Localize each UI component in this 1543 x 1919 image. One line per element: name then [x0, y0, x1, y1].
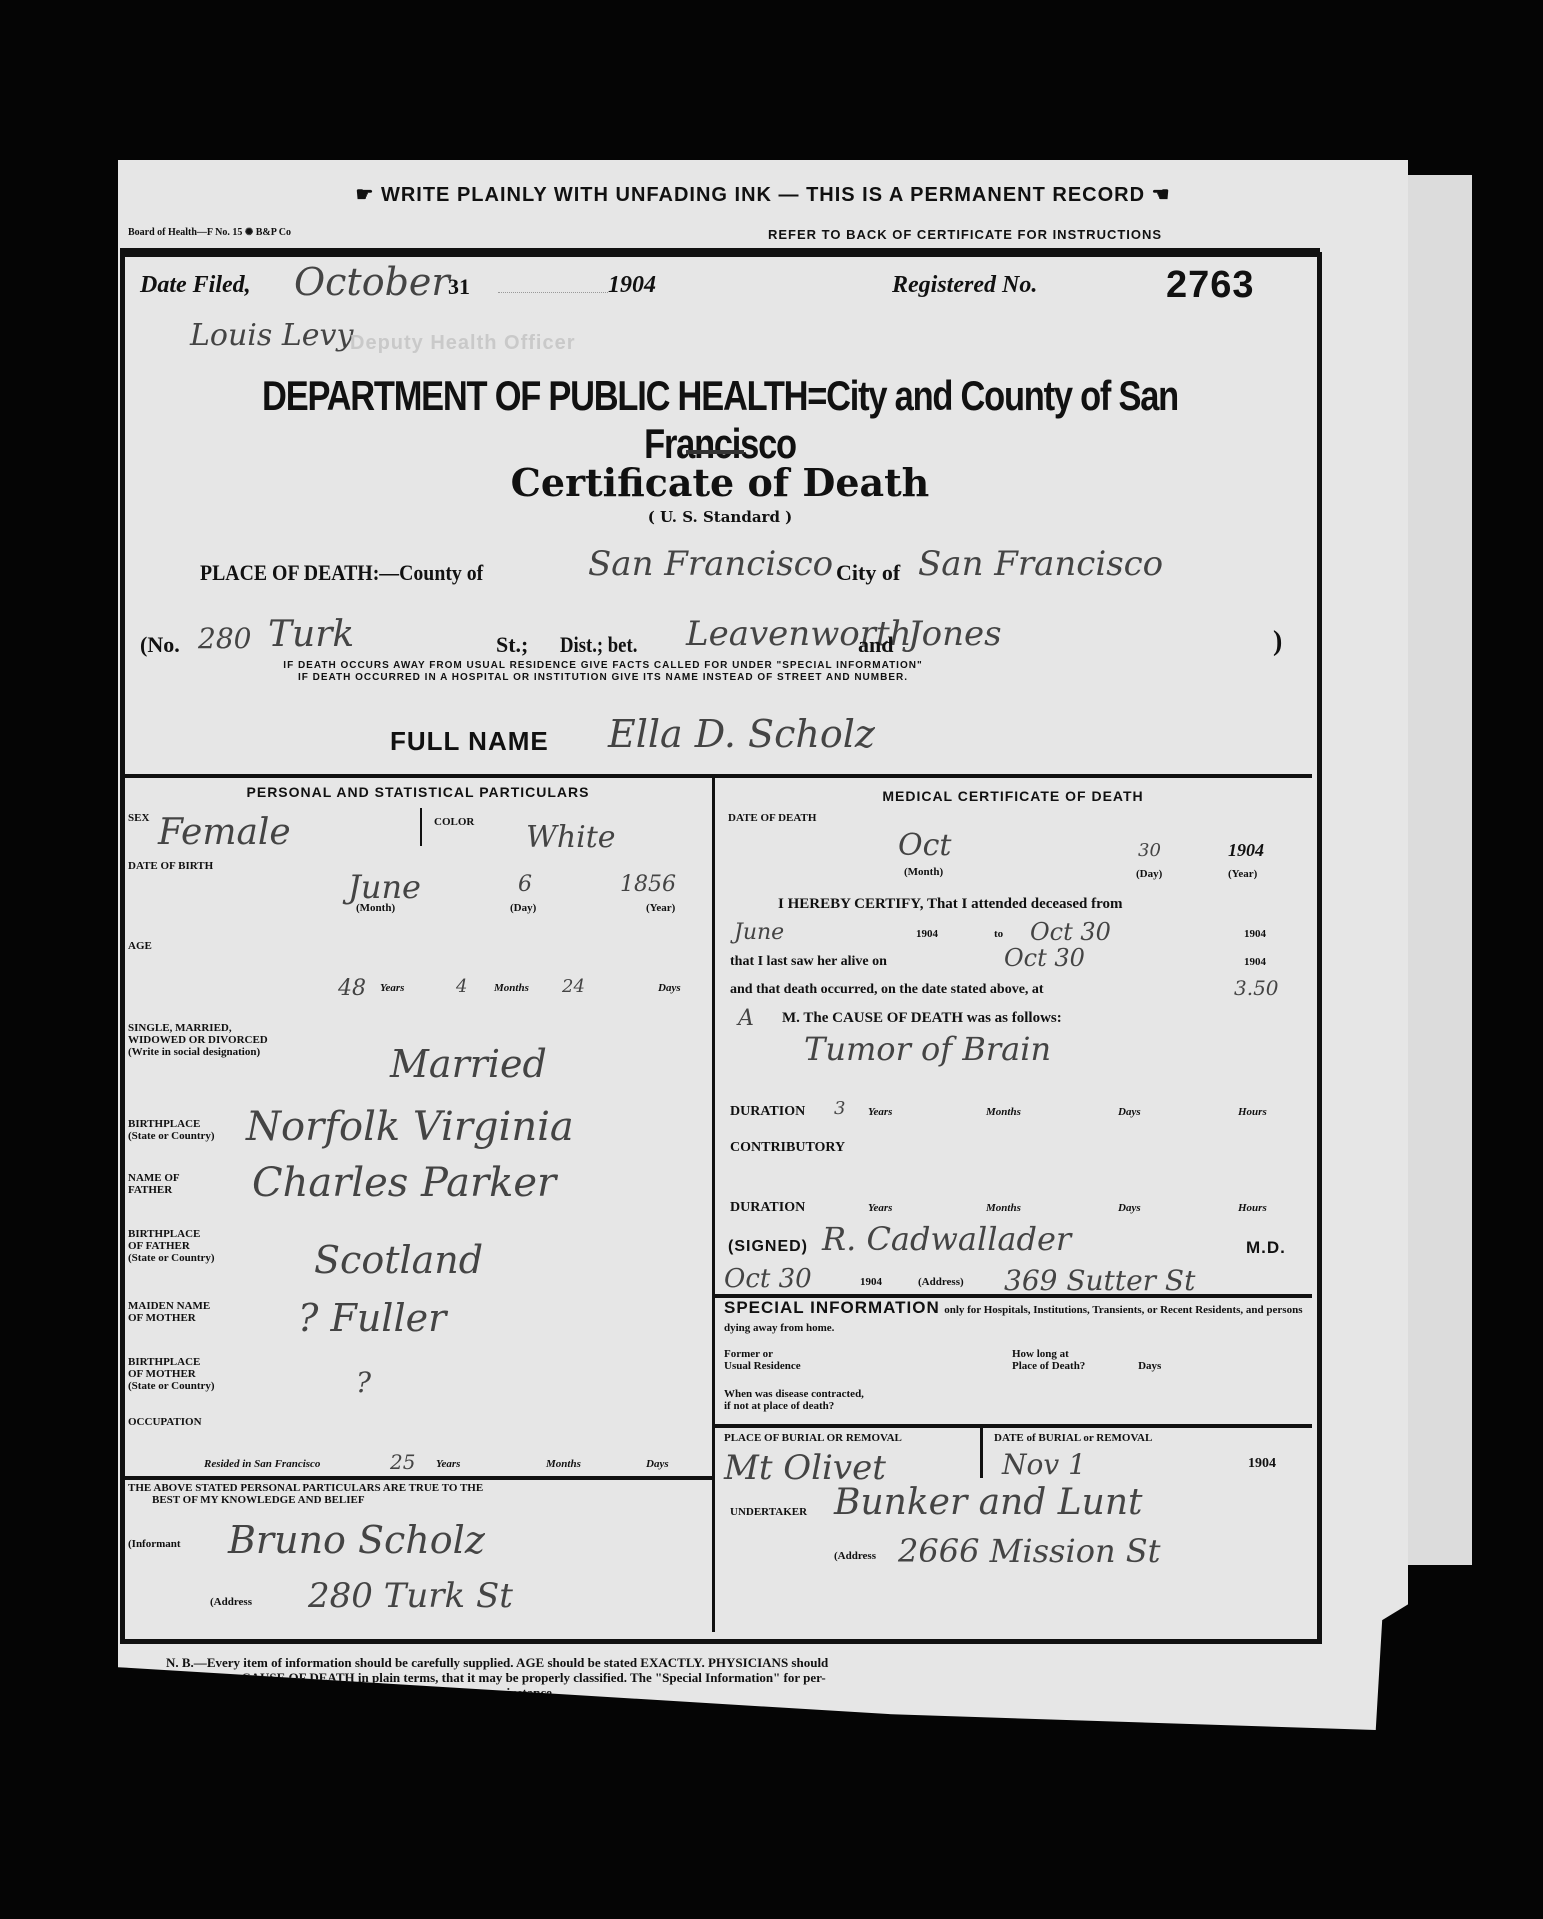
father-birthplace-label: BIRTHPLACE OF FATHER (State or Country) [128, 1228, 215, 1264]
informant-address: 280 Turk St [308, 1576, 513, 1616]
district-label: Dist.; bet. [560, 632, 637, 658]
and-label: and [858, 632, 893, 658]
duration-2-days-caption: Days [1118, 1202, 1141, 1214]
attended-from: June [734, 920, 784, 945]
attended-to: Oct 30 [1030, 918, 1111, 946]
duration-hours-caption: Hours [1238, 1106, 1267, 1118]
date-filed-day: 31 [448, 274, 470, 300]
undertaker-address-label: (Address [834, 1550, 876, 1562]
dob-label: DATE OF BIRTH [128, 860, 213, 872]
signed-year: 1904 [860, 1276, 882, 1288]
resided-years: 25 [390, 1450, 415, 1474]
sex-value: Female [158, 812, 291, 853]
physician-address-label: (Address) [918, 1276, 964, 1288]
burial-date: Nov 1 [1002, 1448, 1086, 1481]
occurred-text: and that death occurred, on the date sta… [730, 982, 1044, 998]
resided-years-caption: Years [436, 1458, 460, 1470]
date-filed-year: 1904 [608, 272, 656, 299]
physician-signature: R. Cadwallader [822, 1220, 1071, 1258]
duration-months-caption: Months [986, 1106, 1021, 1118]
months-caption: Months [494, 982, 529, 994]
signed-date: Oct 30 [724, 1264, 812, 1294]
age-label: AGE [128, 940, 152, 952]
death-certificate-page: ☛ WRITE PLAINLY WITH UNFADING INK — THIS… [118, 160, 1408, 1730]
personal-heading: PERSONAL AND STATISTICAL PARTICULARS [128, 784, 708, 800]
city-label: City of [836, 560, 900, 586]
city-value: San Francisco [918, 544, 1163, 584]
place-note-1: IF DEATH OCCURS AWAY FROM USUAL RESIDENC… [238, 660, 968, 672]
instructions-note: REFER TO BACK OF CERTIFICATE FOR INSTRUC… [768, 227, 1162, 242]
footnote: N. B.—Every item of information should b… [166, 1655, 1316, 1700]
age-months: 4 [456, 976, 467, 997]
informant-name: Bruno Scholz [228, 1518, 485, 1562]
dob-month: June [348, 868, 421, 906]
duration-days-caption: Days [1118, 1106, 1141, 1118]
street-label: St.; [496, 632, 528, 658]
md-label: M.D. [1246, 1238, 1286, 1258]
day-caption: (Day) [510, 902, 536, 914]
contributory-label: CONTRIBUTORY [730, 1140, 845, 1156]
duration-2-months-caption: Months [986, 1202, 1021, 1214]
mother-name-value: ? Fuller [298, 1296, 446, 1340]
cause-text: M. The CAUSE OF DEATH was as follows: [782, 1010, 1062, 1027]
time-of-death: 3.50 [1234, 976, 1279, 1000]
certify-text: I HEREBY CERTIFY, That I attended deceas… [778, 896, 1123, 913]
medical-heading: MEDICAL CERTIFICATE OF DEATH [718, 788, 1308, 804]
certificate-subtitle: ( U. S. Standard ) [140, 508, 1300, 526]
resided-days-caption: Days [646, 1458, 669, 1470]
health-officer-title: Deputy Health Officer [350, 332, 575, 355]
age-days: 24 [562, 976, 585, 997]
color-label: COLOR [434, 816, 474, 828]
dod-month-caption: (Month) [904, 866, 943, 878]
marital-label: SINGLE, MARRIED, WIDOWED OR DIVORCED (Wr… [128, 1022, 268, 1058]
registered-label: Registered No. [892, 272, 1037, 299]
color-value: White [526, 820, 616, 855]
resided-months-caption: Months [546, 1458, 581, 1470]
duration-label: DURATION [730, 1104, 805, 1120]
full-name-value: Ella D. Scholz [608, 712, 875, 756]
form-id: Board of Health—F No. 15 ✺ B&P Co [128, 227, 291, 239]
street-number-label: (No. [140, 632, 180, 658]
pointing-hand-icon: ☚ [1145, 184, 1171, 206]
mother-birthplace-label: BIRTHPLACE OF MOTHER (State or Country) [128, 1356, 215, 1392]
banner-top: ☛ WRITE PLAINLY WITH UNFADING INK — THIS… [188, 182, 1338, 207]
age-years: 48 [338, 976, 366, 1001]
father-name-label: NAME OF FATHER [128, 1172, 180, 1196]
former-residence-label: Former or Usual Residence [724, 1348, 801, 1372]
undertaker-name: Bunker and Lunt [834, 1482, 1142, 1523]
duration-2-hours-caption: Hours [1238, 1202, 1267, 1214]
birthplace-label: BIRTHPLACE (State or Country) [128, 1118, 215, 1142]
father-name-value: Charles Parker [252, 1160, 556, 1206]
pointing-hand-icon: ☛ [355, 184, 381, 206]
signed-label: (SIGNED) [728, 1238, 808, 1256]
dod-label: DATE OF DEATH [728, 812, 816, 824]
dob-day: 6 [518, 872, 532, 897]
marital-value: Married [390, 1042, 547, 1086]
last-saw-year: 1904 [1244, 956, 1266, 968]
burial-year: 1904 [1248, 1456, 1276, 1472]
dod-day-caption: (Day) [1136, 868, 1162, 880]
meridian: A [738, 1006, 754, 1031]
special-info-heading: SPECIAL INFORMATION only for Hospitals, … [724, 1298, 1308, 1336]
undertaker-address: 2666 Mission St [898, 1532, 1161, 1570]
informant-statement: THE ABOVE STATED PERSONAL PARTICULARS AR… [128, 1482, 483, 1506]
informant-address-label: (Address [210, 1596, 252, 1608]
duration-2-label: DURATION [730, 1200, 805, 1216]
birthplace-value: Norfolk Virginia [246, 1104, 574, 1150]
occupation-label: OCCUPATION [128, 1416, 202, 1428]
dod-year: 1904 [1228, 840, 1264, 861]
duration-2-years-caption: Years [868, 1202, 892, 1214]
burial-place-label: PLACE OF BURIAL OR REMOVAL [724, 1432, 902, 1444]
sex-label: SEX [128, 812, 149, 824]
mother-name-label: MAIDEN NAME OF MOTHER [128, 1300, 210, 1324]
dod-year-caption: (Year) [1228, 868, 1257, 880]
resided-label: Resided in San Francisco [204, 1458, 320, 1470]
duration-years-caption: Years [868, 1106, 892, 1118]
years-caption: Years [380, 982, 404, 994]
days-caption: Days [658, 982, 681, 994]
burial-date-label: DATE of BURIAL or REMOVAL [994, 1432, 1152, 1444]
certificate-title: Certificate of Death [140, 460, 1300, 505]
month-caption: (Month) [356, 902, 395, 914]
father-birthplace-value: Scotland [314, 1238, 483, 1282]
dod-month: Oct [898, 828, 951, 863]
dod-day: 30 [1138, 840, 1161, 861]
how-long-label: How long at Place of Death? Days [1012, 1348, 1161, 1372]
mother-birthplace-value: ? [356, 1366, 371, 1399]
duration-years: 3 [834, 1098, 845, 1119]
place-of-death-label: PLACE OF DEATH:—County of [200, 560, 483, 586]
to-label: to [994, 928, 1003, 940]
date-filed-label: Date Filed, [140, 272, 251, 299]
physician-address: 369 Sutter St [1004, 1264, 1195, 1297]
street-name: Turk [268, 614, 354, 655]
attended-to-year: 1904 [1244, 928, 1266, 940]
last-saw-date: Oct 30 [1004, 944, 1085, 972]
date-filed-month: October [294, 260, 450, 304]
contracted-label: When was disease contracted, if not at p… [724, 1388, 864, 1412]
health-officer-signature: Louis Levy [190, 318, 353, 353]
last-saw-label: that I last saw her alive on [730, 954, 887, 970]
year-caption: (Year) [646, 902, 675, 914]
undertaker-label: UNDERTAKER [730, 1506, 807, 1518]
dob-year: 1856 [620, 872, 676, 897]
county-value: San Francisco [588, 544, 833, 584]
full-name-label: FULL NAME [390, 726, 549, 757]
registered-number: 2763 [1166, 264, 1255, 307]
between-street-2: Jones [908, 614, 1002, 654]
cause-of-death: Tumor of Brain [804, 1030, 1051, 1068]
street-number: 280 [198, 622, 251, 655]
attended-from-year: 1904 [916, 928, 938, 940]
informant-label: (Informant [128, 1538, 181, 1550]
place-note-2: IF DEATH OCCURRED IN A HOSPITAL OR INSTI… [238, 672, 968, 684]
